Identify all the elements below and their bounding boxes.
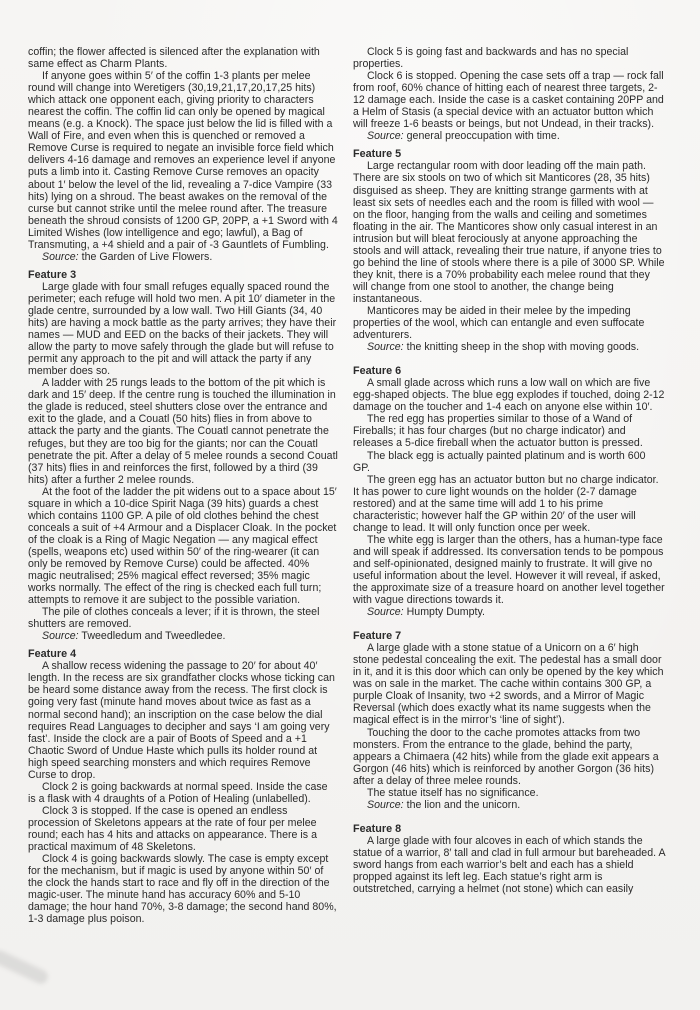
scan-smudge (0, 948, 50, 986)
left-column: coffin; the flower affected is silenced … (28, 46, 338, 925)
feature-8-paragraph: A large glade with four alcoves in each … (353, 835, 665, 895)
feature-4-paragraph: Clock 6 is stopped. Opening the case set… (353, 70, 665, 130)
feature-5-paragraph: Large rectangular room with door leading… (353, 160, 665, 305)
source-line: Source: the Garden of Live Flowers. (28, 251, 338, 263)
feature-7-paragraph: A large glade with a stone statue of a U… (353, 642, 665, 726)
source-label: Source: (367, 606, 404, 618)
source-label: Source: (42, 251, 79, 263)
feature-6-paragraph: The green egg has an actuator button but… (353, 474, 665, 534)
feature-4-paragraph: Clock 3 is stopped. If the case is opene… (28, 805, 338, 853)
feature-6-paragraph: The red egg has properties similar to th… (353, 413, 665, 449)
feature-3-paragraph: At the foot of the ladder the pit widens… (28, 486, 338, 606)
scanned-page: coffin; the flower affected is silenced … (0, 0, 700, 1010)
feature-3-paragraph: The pile of clothes conceals a lever; if… (28, 606, 338, 630)
feature-6-heading: Feature 6 (353, 365, 665, 377)
feature-6-paragraph: The white egg is larger than the others,… (353, 534, 665, 606)
source-line: Source: the lion and the unicorn. (353, 799, 665, 811)
feature-6-paragraph: The black egg is actually painted platin… (353, 450, 665, 474)
feature-5-paragraph: Manticores may be aided in their melee b… (353, 305, 665, 341)
continuation-paragraph: coffin; the flower affected is silenced … (28, 46, 338, 70)
feature-3-paragraph: A ladder with 25 rungs leads to the bott… (28, 377, 338, 485)
feature-7-paragraph: Touching the door to the cache promotes … (353, 727, 665, 787)
feature-3-heading: Feature 3 (28, 269, 338, 281)
feature-6-paragraph: A small glade across which runs a low wa… (353, 377, 665, 413)
feature-8-heading: Feature 8 (353, 823, 665, 835)
source-text: general preoccupation with time. (404, 130, 560, 142)
continuation-paragraph: If anyone goes within 5′ of the coffin 1… (28, 70, 338, 251)
source-text: Humpty Dumpty. (404, 606, 485, 618)
feature-3-paragraph: Large glade with four small refuges equa… (28, 281, 338, 377)
source-label: Source: (367, 130, 404, 142)
source-line: Source: Humpty Dumpty. (353, 606, 665, 618)
feature-4-paragraph: Clock 4 is going backwards slowly. The c… (28, 853, 338, 925)
source-text: the lion and the unicorn. (404, 799, 521, 811)
source-line: Source: general preoccupation with time. (353, 130, 665, 142)
source-line: Source: the knitting sheep in the shop w… (353, 341, 665, 353)
right-column: Clock 5 is going fast and backwards and … (353, 46, 665, 895)
feature-4-paragraph: A shallow recess widening the passage to… (28, 660, 338, 780)
feature-4-heading: Feature 4 (28, 648, 338, 660)
feature-7-heading: Feature 7 (353, 630, 665, 642)
source-text: the knitting sheep in the shop with movi… (404, 341, 639, 353)
source-text: Tweedledum and Tweedledee. (79, 630, 226, 642)
source-label: Source: (367, 799, 404, 811)
source-line: Source: Tweedledum and Tweedledee. (28, 630, 338, 642)
feature-7-paragraph: The statue itself has no significance. (353, 787, 665, 799)
source-label: Source: (367, 341, 404, 353)
feature-5-heading: Feature 5 (353, 148, 665, 160)
feature-4-paragraph: Clock 5 is going fast and backwards and … (353, 46, 665, 70)
source-text: the Garden of Live Flowers. (79, 251, 213, 263)
feature-4-paragraph: Clock 2 is going backwards at normal spe… (28, 781, 338, 805)
source-label: Source: (42, 630, 79, 642)
